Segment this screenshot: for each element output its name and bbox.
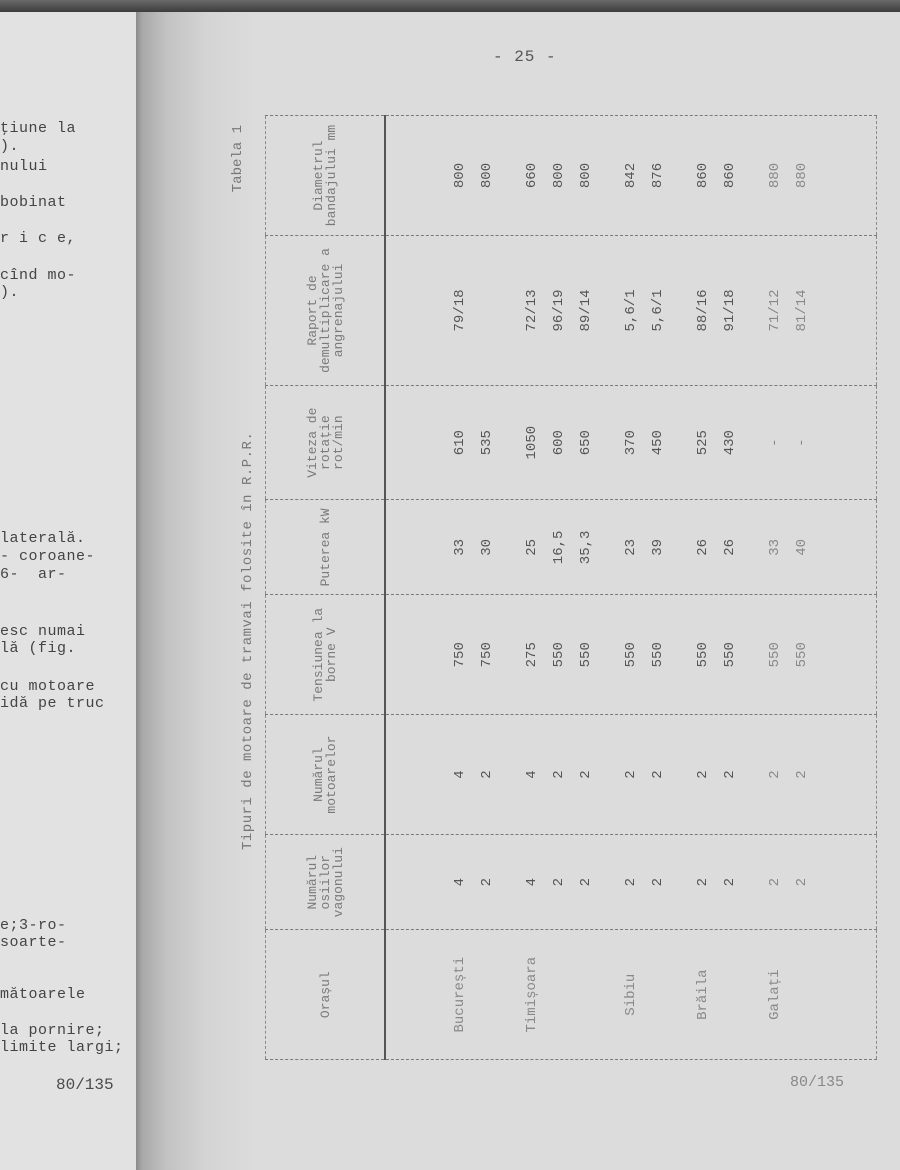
group-spacer <box>672 116 690 235</box>
cell-raport: 72/13 <box>519 236 546 385</box>
table-label: Tabela 1 <box>230 125 246 192</box>
left-page-text-line: la pornire; <box>0 1022 105 1039</box>
group-spacer <box>501 930 519 1059</box>
cell-diametru: 800 <box>573 116 600 235</box>
city-name <box>717 930 744 1059</box>
cell-putere: 40 <box>789 500 816 594</box>
column-tensiune: 750750275550550550550550550550550 <box>385 595 877 715</box>
left-page-text-line: cu motoare <box>0 678 95 695</box>
left-page-text-line: nului <box>0 158 48 175</box>
city-name: Sibiu <box>618 930 645 1059</box>
cell-diametru: 800 <box>447 116 474 235</box>
cell-raport <box>474 236 501 385</box>
group-spacer <box>744 236 762 385</box>
cell-osii: 4 <box>447 835 474 929</box>
group-spacer <box>600 500 618 594</box>
cell-raport: 91/18 <box>717 236 744 385</box>
cell-diametru: 860 <box>690 116 717 235</box>
group-spacer <box>600 595 618 714</box>
cell-tensiune: 275 <box>519 595 546 714</box>
cell-tensiune: 550 <box>618 595 645 714</box>
city-name <box>546 930 573 1059</box>
cell-tensiune: 550 <box>789 595 816 714</box>
group-spacer <box>501 595 519 714</box>
city-name <box>474 930 501 1059</box>
left-page-text-line: 6- ar- <box>0 566 67 583</box>
left-page-text-line: bobinat <box>0 194 67 211</box>
cell-raport: 5,6/1 <box>618 236 645 385</box>
cell-tensiune: 750 <box>474 595 501 714</box>
header-diametru: Diametrul bandajului mm <box>266 116 386 236</box>
cell-motoare: 4 <box>447 715 474 834</box>
left-page-text-line: - coroane- <box>0 548 95 565</box>
cell-motoare: 2 <box>573 715 600 834</box>
group-spacer <box>672 386 690 499</box>
left-page-text-line: ţiune la <box>0 120 76 137</box>
cell-putere: 23 <box>618 500 645 594</box>
header-raport: Raport de demultiplicare a angrenajului <box>266 236 386 386</box>
group-spacer <box>744 835 762 929</box>
tram-motors-table: Orașul Numărul osiilor vagonului Numărul… <box>265 115 877 1060</box>
group-spacer <box>672 930 690 1059</box>
column-motoare: 42422222222 <box>385 715 877 835</box>
cell-motoare: 2 <box>762 715 789 834</box>
group-spacer <box>501 116 519 235</box>
left-page-text-line: limite largi; <box>0 1039 124 1056</box>
cell-motoare: 2 <box>690 715 717 834</box>
header-tensiune: Tensiunea la borne V <box>266 595 386 715</box>
group-spacer <box>672 835 690 929</box>
group-spacer <box>600 236 618 385</box>
cell-raport: 81/14 <box>789 236 816 385</box>
group-spacer <box>744 595 762 714</box>
cell-viteza: 525 <box>690 386 717 499</box>
cell-diametru: 800 <box>474 116 501 235</box>
cell-tensiune: 550 <box>717 595 744 714</box>
cell-viteza: 370 <box>618 386 645 499</box>
group-spacer <box>501 500 519 594</box>
column-viteza: 6105351050600650370450525430-- <box>385 385 877 499</box>
column-osii: 42422222222 <box>385 835 877 930</box>
group-spacer <box>501 236 519 385</box>
column-city: BucureștiTimișoaraSibiuBrăilaGalați <box>385 930 877 1060</box>
cell-raport: 79/18 <box>447 236 474 385</box>
left-page: ţiune la).nuluibobinatr i c e,cînd mo-).… <box>0 12 138 1170</box>
cell-raport: 5,6/1 <box>645 236 672 385</box>
left-page-footer: 80/135 <box>56 1076 114 1094</box>
cell-putere: 26 <box>690 500 717 594</box>
left-page-text-line: lă (fig. <box>0 640 76 657</box>
group-spacer <box>501 386 519 499</box>
cell-tensiune: 550 <box>546 595 573 714</box>
cell-viteza: 610 <box>447 386 474 499</box>
column-putere: 33302516,535,3233926263340 <box>385 500 877 595</box>
group-spacer <box>744 116 762 235</box>
cell-putere: 30 <box>474 500 501 594</box>
city-name: Timișoara <box>519 930 546 1059</box>
group-spacer <box>744 386 762 499</box>
cell-diametru: 860 <box>717 116 744 235</box>
header-osii: Numărul osiilor vagonului <box>266 835 386 930</box>
column-raport: 79/1872/1396/1989/145,6/15,6/188/1691/18… <box>385 236 877 386</box>
cell-diametru: 800 <box>546 116 573 235</box>
cell-osii: 4 <box>519 835 546 929</box>
cell-motoare: 2 <box>618 715 645 834</box>
header-viteza: Viteza de rotație rot/min <box>266 385 386 499</box>
group-spacer <box>501 715 519 834</box>
group-spacer <box>600 715 618 834</box>
cell-raport: 88/16 <box>690 236 717 385</box>
cell-osii: 2 <box>546 835 573 929</box>
table-title: Tipuri de motoare de tramvai folosite în… <box>240 432 256 850</box>
cell-putere: 25 <box>519 500 546 594</box>
cell-tensiune: 750 <box>447 595 474 714</box>
city-name: Brăila <box>690 930 717 1059</box>
cell-osii: 2 <box>690 835 717 929</box>
left-page-text-line: cînd mo- <box>0 267 76 284</box>
cell-putere: 39 <box>645 500 672 594</box>
cell-tensiune: 550 <box>762 595 789 714</box>
cell-viteza: 650 <box>573 386 600 499</box>
city-name <box>645 930 672 1059</box>
table-header-row: Orașul Numărul osiilor vagonului Numărul… <box>266 116 386 1060</box>
scan-top-edge <box>0 0 900 12</box>
city-name: Galați <box>762 930 789 1059</box>
header-oras: Orașul <box>266 930 386 1060</box>
left-page-text-line: mătoarele <box>0 986 86 1003</box>
cell-osii: 2 <box>573 835 600 929</box>
city-name: București <box>447 930 474 1059</box>
cell-viteza: - <box>789 386 816 499</box>
cell-viteza: - <box>762 386 789 499</box>
cell-putere: 33 <box>762 500 789 594</box>
group-spacer <box>744 930 762 1059</box>
cell-viteza: 535 <box>474 386 501 499</box>
cell-osii: 2 <box>762 835 789 929</box>
group-spacer <box>672 500 690 594</box>
cell-osii: 2 <box>474 835 501 929</box>
cell-putere: 16,5 <box>546 500 573 594</box>
cell-motoare: 4 <box>519 715 546 834</box>
cell-viteza: 1050 <box>519 386 546 499</box>
left-page-text-line: r i c e, <box>0 230 76 247</box>
cell-putere: 35,3 <box>573 500 600 594</box>
group-spacer <box>672 236 690 385</box>
group-spacer <box>744 500 762 594</box>
cell-osii: 2 <box>618 835 645 929</box>
group-spacer <box>600 386 618 499</box>
cell-osii: 2 <box>789 835 816 929</box>
group-spacer <box>744 715 762 834</box>
cell-diametru: 880 <box>789 116 816 235</box>
rotated-table-block: Tabela 1 Tipuri de motoare de tramvai fo… <box>230 115 875 1060</box>
city-name <box>789 930 816 1059</box>
page-number: - 25 - <box>493 48 557 66</box>
cell-motoare: 2 <box>546 715 573 834</box>
cell-tensiune: 550 <box>645 595 672 714</box>
header-putere: Puterea kW <box>266 500 386 595</box>
cell-diametru: 880 <box>762 116 789 235</box>
cell-motoare: 2 <box>645 715 672 834</box>
right-page-footer: 80/135 <box>790 1074 844 1091</box>
cell-viteza: 450 <box>645 386 672 499</box>
cell-tensiune: 550 <box>690 595 717 714</box>
group-spacer <box>600 930 618 1059</box>
cell-motoare: 2 <box>474 715 501 834</box>
cell-motoare: 2 <box>717 715 744 834</box>
cell-diametru: 842 <box>618 116 645 235</box>
left-page-text-line: laterală. <box>0 530 86 547</box>
group-spacer <box>600 116 618 235</box>
group-spacer <box>600 835 618 929</box>
group-spacer <box>672 715 690 834</box>
cell-raport: 89/14 <box>573 236 600 385</box>
table-body-row: BucureștiTimișoaraSibiuBrăilaGalați42422… <box>385 116 877 1060</box>
column-diametru: 800800660800800842876860860880880 <box>385 116 877 236</box>
cell-viteza: 430 <box>717 386 744 499</box>
cell-motoare: 2 <box>789 715 816 834</box>
header-motoare: Numărul motoarelor <box>266 715 386 835</box>
left-page-text-line: ). <box>0 138 19 155</box>
cell-putere: 33 <box>447 500 474 594</box>
cell-osii: 2 <box>717 835 744 929</box>
cell-raport: 96/19 <box>546 236 573 385</box>
left-page-text-line: esc numai <box>0 623 86 640</box>
city-name <box>573 930 600 1059</box>
cell-raport: 71/12 <box>762 236 789 385</box>
cell-tensiune: 550 <box>573 595 600 714</box>
cell-diametru: 660 <box>519 116 546 235</box>
left-page-text-line: e;3-ro- <box>0 917 67 934</box>
left-page-text-line: idă pe truc <box>0 695 105 712</box>
cell-osii: 2 <box>645 835 672 929</box>
left-page-text-line: soarte- <box>0 934 67 951</box>
cell-putere: 26 <box>717 500 744 594</box>
group-spacer <box>501 835 519 929</box>
cell-viteza: 600 <box>546 386 573 499</box>
left-page-text-line: ). <box>0 284 19 301</box>
cell-diametru: 876 <box>645 116 672 235</box>
group-spacer <box>672 595 690 714</box>
